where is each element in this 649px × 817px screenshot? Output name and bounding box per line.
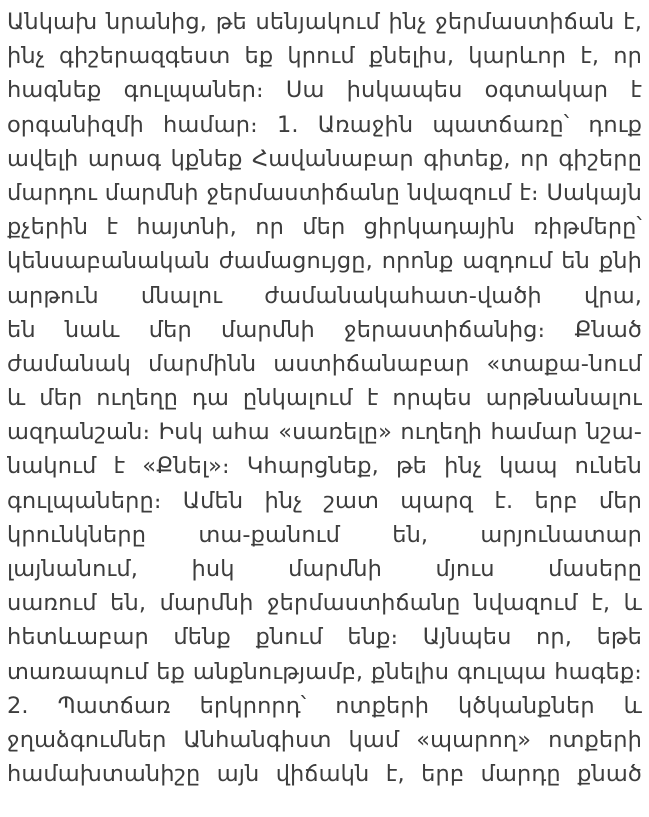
text-line: 2. Պատճառ երկրորդ՝ ոտքերի կծկանքներ և	[7, 689, 642, 723]
text-line: համախտանիշը այն վիճակն է, երբ մարդը քնած	[7, 757, 642, 791]
text-line: ինչ գիշերազգեստ եք կրում քնելիս, կարևոր …	[7, 39, 642, 73]
text-line: Անկախ նրանից, թե սենյակում ինչ ջերմաստիճ…	[7, 5, 642, 39]
text-line: են նաև մեր մարմնի ջերաստիճանից։ Քնած	[7, 313, 642, 347]
text-line: տառապում եք անքնությամբ, քնելիս գուլպա հ…	[7, 655, 642, 689]
text-line: կենսաբանական ժամացույցը, որոնք ազդում են…	[7, 244, 642, 278]
text-line: հագնեք գուլպաներ։ Սա իսկապես օգտակար է	[7, 73, 642, 107]
text-line: լայնանում, իսկ մարմնի մյուս մասերը աստիճ…	[7, 552, 642, 586]
text-line: մարդու մարմնի ջերմաստիճանը նվազում է։ Սա…	[7, 176, 642, 210]
text-line: ազդանշան։ Իսկ ահա «սառելը» ուղեղի համար …	[7, 415, 642, 449]
text-line: քչերին է հայտնի, որ մեր ցիրկադային ռիթմե…	[7, 210, 642, 244]
text-line: ջղաձգումներ Անհանգիստ կամ «պարող» ոտքերի	[7, 723, 642, 757]
text-line: նակում է «Քնել»։ Կհարցնեք, թե ինչ կապ ու…	[7, 449, 642, 483]
text-line: և մեր ուղեղը դա ընկալում է որպես արթնանա…	[7, 381, 642, 415]
text-line: ավելի արագ կքնեք Հավանաբար գիտեք, որ գիշ…	[7, 142, 642, 176]
text-line: արթուն մնալու ժամանակահատ-վածի վրա, կախվ…	[7, 279, 642, 313]
text-line: սառում են, մարմնի ջերմաստիճանը նվազում է…	[7, 586, 642, 620]
text-line: ժամանակ մարմինն աստիճանաբար «տաքա-նում է…	[7, 347, 642, 381]
text-line: կրունկները տա-քանում են, արյունատար անոթ…	[7, 518, 642, 552]
text-line: հետևաբար մենք քնում ենք։ Այնպես որ, եթե	[7, 620, 642, 654]
text-line: գուլպաները։ Ամեն ինչ շատ պարզ է. երբ մեր	[7, 484, 642, 518]
text-line: օրգանիզմի համար։ 1. Առաջին պատճառը՝ դուք	[7, 108, 642, 142]
article-body: Անկախ նրանից, թե սենյակում ինչ ջերմաստիճ…	[0, 0, 649, 791]
